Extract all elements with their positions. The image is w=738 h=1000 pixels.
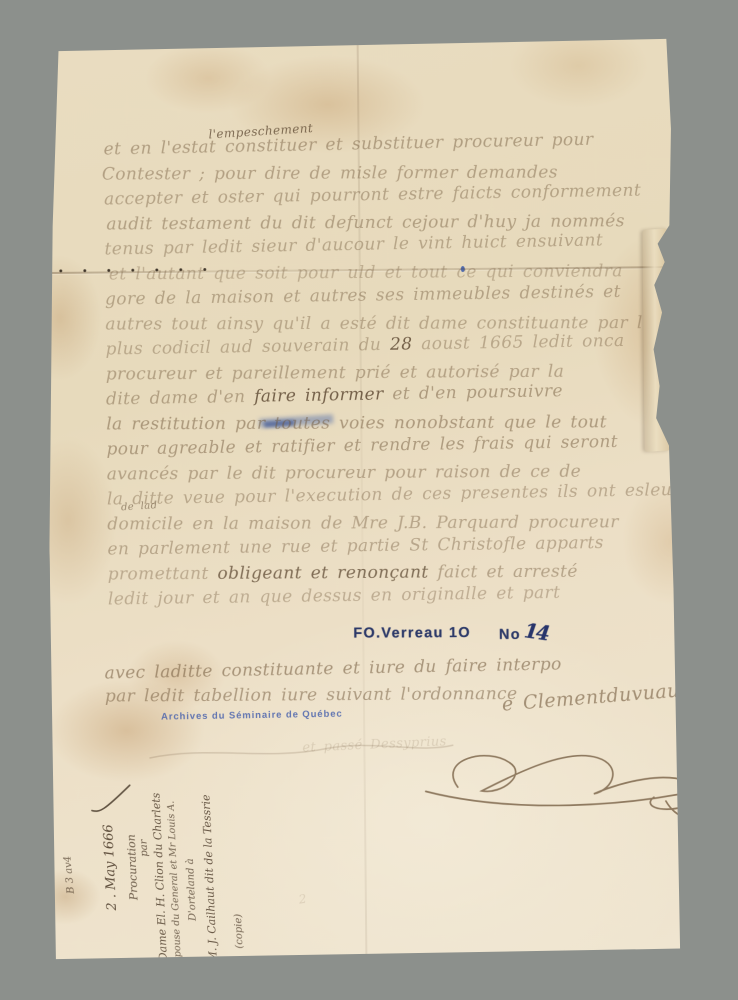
- manuscript-page: l'empeschementet en l'estat constituer e…: [45, 37, 682, 961]
- manuscript-text: 28: [390, 334, 413, 354]
- manuscript-line: dite dame d'en faire informer et d'en po…: [106, 381, 563, 409]
- photograph-of-manuscript: { "scene":{ "background":"#8c908c","pape…: [0, 0, 738, 1000]
- manuscript-text-block: l'empeschementet en l'estat constituer e…: [45, 37, 673, 43]
- manuscript-line: gore de la maison et autres ses immeuble…: [105, 282, 621, 310]
- check-mark: [90, 782, 134, 814]
- manuscript-text: domicile en la maison de Mre J.B. Parqua…: [107, 512, 619, 534]
- manuscript-text: 2: [298, 892, 308, 907]
- manuscript-text: promettant: [108, 564, 218, 585]
- marginalia-line: par: [138, 839, 150, 857]
- manuscript-text: la ditte veue pour l'execution de ces pr…: [107, 480, 672, 509]
- manuscript-line: ledit jour et an que dessus en originall…: [108, 583, 561, 610]
- manuscript-line: e Clementduvuault: [501, 678, 695, 715]
- manuscript-line: et en l'estat constituer et substituer p…: [103, 130, 593, 160]
- archives-stamp: Archives du Séminaire de Québec: [161, 709, 343, 723]
- manuscript-line: plus codicil aud souverain du 28 aoust 1…: [105, 331, 624, 360]
- manuscript-text: tenus par ledit sieur d'aucour le vint h…: [104, 230, 603, 259]
- manuscript-line: accepter et oster qui pourront estre fai…: [104, 181, 641, 210]
- manuscript-text: aoust 1665 ledit onca: [412, 331, 624, 355]
- manuscript-line: avec laditte constituante et iure du fai…: [104, 654, 561, 683]
- manuscript-text: en parlement une rue et partie St Christ…: [107, 533, 604, 559]
- manuscript-text: procureur et pareillement prié et autori…: [106, 362, 565, 385]
- collection-stamp-label: FO.Verreau 1O: [353, 625, 471, 642]
- manuscript-text: faire informer: [254, 384, 384, 406]
- marginalia-block: B 3 av42 . May 1666ProcurationparDame El…: [45, 37, 673, 43]
- marginalia-line: 2 . May 1666: [101, 824, 120, 911]
- manuscript-text: par ledit tabellion iure suivant l'ordon…: [105, 684, 518, 707]
- manuscript-line: procureur et pareillement prié et autori…: [106, 362, 565, 385]
- manuscript-text: avec laditte constituante et iure du fai…: [104, 654, 561, 683]
- manuscript-line: 2: [298, 892, 308, 907]
- manuscript-text: gore de la maison et autres ses immeuble…: [105, 282, 621, 310]
- manuscript-text: la restitution par toutes voies nonobsta…: [106, 412, 607, 434]
- manuscript-text: ledit jour et an que dessus en originall…: [108, 583, 561, 610]
- manuscript-line: domicile en la maison de Mre J.B. Parqua…: [107, 512, 619, 534]
- manuscript-line: par ledit tabellion iure suivant l'ordon…: [105, 684, 518, 707]
- handwritten-number: 14: [523, 623, 549, 640]
- manuscript-text: dite dame d'en: [106, 387, 255, 410]
- manuscript-line: la ditte veue pour l'execution de ces pr…: [107, 480, 672, 509]
- collection-stamp: FO.Verreau 1O No14: [353, 625, 548, 644]
- marginalia-line: D'orteland à: [185, 858, 199, 921]
- manuscript-text: Contester ; pour dire de misle former de…: [102, 163, 558, 185]
- manuscript-line: tenus par ledit sieur d'aucour le vint h…: [104, 230, 603, 259]
- manuscript-text: avancés par le dit procureur pour raison…: [107, 462, 582, 485]
- manuscript-line: Contester ; pour dire de misle former de…: [102, 163, 558, 185]
- manuscript-line: avancés par le dit procureur pour raison…: [107, 462, 582, 485]
- manuscript-line: pour agreable et ratifier et rendre les …: [106, 432, 618, 460]
- manuscript-text: obligeant et renonçant: [217, 562, 428, 583]
- manuscript-line: la restitution par toutes voies nonobsta…: [106, 412, 607, 434]
- torn-edge-fold-flap: [642, 228, 670, 452]
- faint-scribble: [147, 737, 457, 766]
- manuscript-text: faict et arresté: [429, 562, 578, 583]
- marginalia-line: B 3 av4: [62, 855, 77, 894]
- manuscript-line: et l'autant que soit pour uld et tout ce…: [109, 261, 623, 284]
- signature-flourish: [417, 726, 733, 834]
- manuscript-text: plus codicil aud souverain du: [105, 335, 390, 360]
- collection-stamp-number: No14: [499, 625, 548, 643]
- manuscript-line: promettant obligeant et renonçant faict …: [108, 562, 578, 585]
- manuscript-line: en parlement une rue et partie St Christ…: [107, 533, 604, 559]
- manuscript-text: e Clementduvuault: [501, 678, 695, 715]
- manuscript-text: et d'en poursuivre: [383, 381, 563, 404]
- manuscript-text: accepter et oster qui pourront estre fai…: [104, 181, 641, 210]
- marginalia-line: (copie): [233, 914, 246, 949]
- manuscript-text: pour agreable et ratifier et rendre les …: [106, 432, 618, 460]
- manuscript-text: et l'autant que soit pour uld et tout ce…: [109, 261, 623, 284]
- manuscript-text: et en l'estat constituer et substituer p…: [103, 130, 593, 160]
- marginalia-line: M. J. Cailhaut dit de la Tessrie: [199, 794, 219, 963]
